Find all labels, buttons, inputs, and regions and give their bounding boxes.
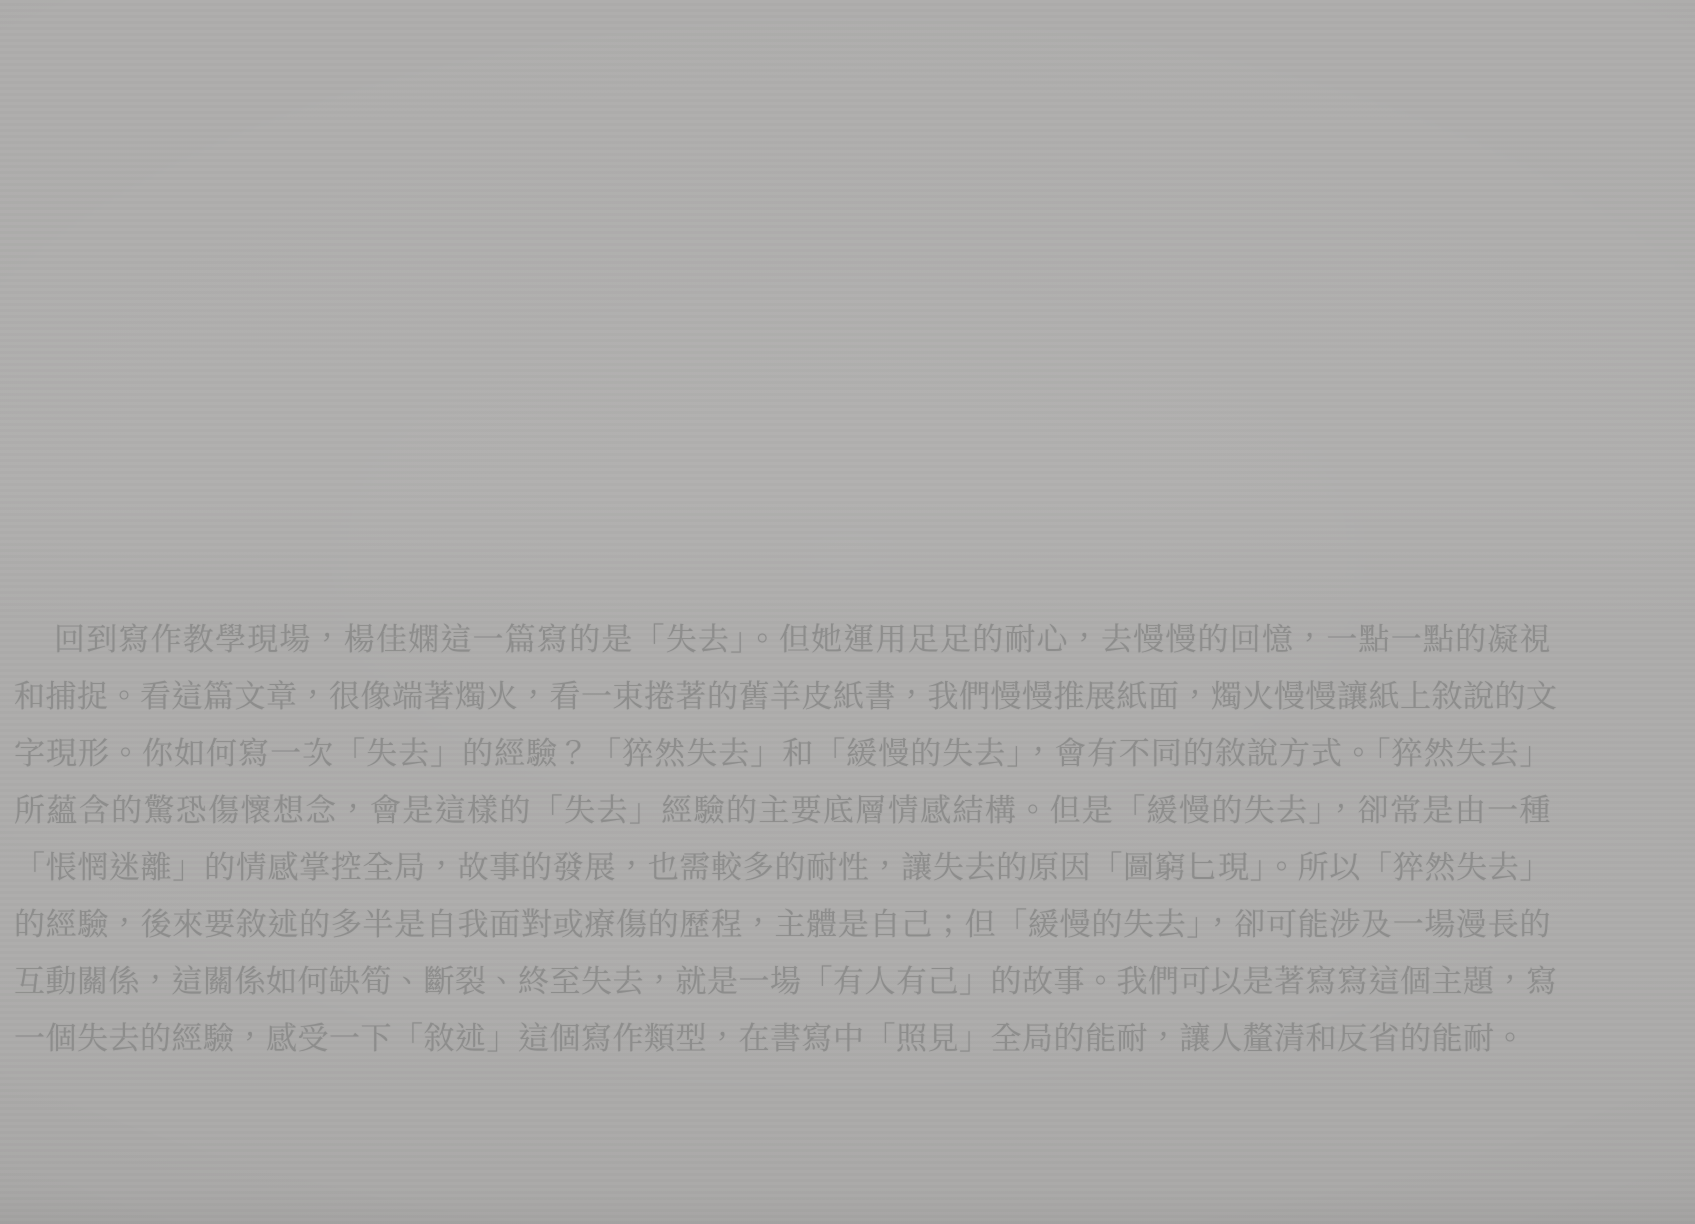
paragraph-line: 字現形。你如何寫一次「失去」的經驗？「猝然失去」和「緩慢的失去」，會有不同的敘說… bbox=[14, 726, 1551, 783]
paragraph-line: 回到寫作教學現場，楊佳嫻這一篇寫的是「失去」。但她運用足足的耐心，去慢慢的回憶，… bbox=[14, 612, 1551, 669]
page-background: { "document": { "language": "zh-Hant", "… bbox=[0, 0, 1695, 1224]
paragraph-line: 所蘊含的驚恐傷懷想念，會是這樣的「失去」經驗的主要底層情感結構。但是「緩慢的失去… bbox=[14, 783, 1551, 840]
paragraph-line: 和捕捉。看這篇文章，很像端著燭火，看一束捲著的舊羊皮紙書，我們慢慢推展紙面，燭火… bbox=[14, 669, 1551, 726]
paragraph-line: 的經驗，後來要敘述的多半是自我面對或療傷的歷程，主體是自己；但「緩慢的失去」，卻… bbox=[14, 897, 1551, 954]
paragraph: 回到寫作教學現場，楊佳嫻這一篇寫的是「失去」。但她運用足足的耐心，去慢慢的回憶，… bbox=[14, 612, 1551, 1068]
paragraph-line: 一個失去的經驗，感受一下「敘述」這個寫作類型，在書寫中「照見」全局的能耐，讓人釐… bbox=[14, 1011, 1551, 1068]
paragraph-line: 「悵惘迷離」的情感掌控全局，故事的發展，也需較多的耐性，讓失去的原因「圖窮匕現」… bbox=[14, 840, 1551, 897]
paragraph-line: 互動關係，這關係如何缺筍、斷裂、終至失去，就是一場「有人有己」的故事。我們可以是… bbox=[14, 954, 1551, 1011]
